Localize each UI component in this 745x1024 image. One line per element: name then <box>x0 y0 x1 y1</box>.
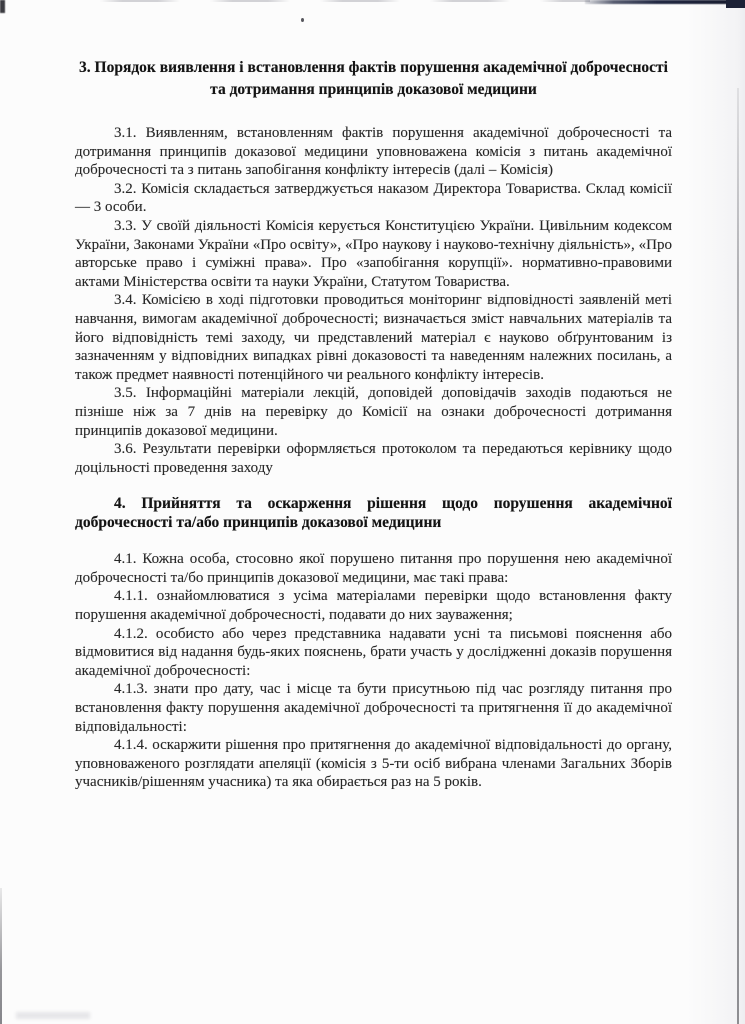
scan-top-edge-dashes <box>100 0 590 2</box>
paragraph-3-2: 3.2. Комісія складається затверджується … <box>75 180 672 217</box>
scanned-page: 3. Порядок виявлення і встановлення факт… <box>0 0 745 1024</box>
paragraph-3-5: 3.5. Інформаційні матеріали лекцій, допо… <box>75 384 672 440</box>
scan-bottom-smudge <box>16 1012 90 1019</box>
scan-stray-dot <box>301 18 304 22</box>
scan-top-edge-band <box>585 0 745 4</box>
section-3-heading: 3. Порядок виявлення і встановлення факт… <box>75 57 672 101</box>
section-4: 4. Прийняття та оскарження рішення щодо … <box>75 494 672 792</box>
paragraph-4-1: 4.1. Кожна особа, стосовно якої порушено… <box>75 550 672 587</box>
section-3: 3. Порядок виявлення і встановлення факт… <box>75 57 672 477</box>
paragraph-4-1-4: 4.1.4. оскаржити рішення про притягнення… <box>75 736 672 792</box>
paragraph-3-1: 3.1. Виявленням, встановленням фактів по… <box>75 124 672 180</box>
paragraph-4-1-2: 4.1.2. особисто або через представника н… <box>75 625 672 681</box>
scan-left-edge-line <box>0 888 2 1024</box>
scan-right-edge-line <box>737 88 739 1024</box>
paragraph-3-3: 3.3. У своїй діяльності Комісія керуєтьс… <box>75 217 672 291</box>
paragraph-3-4: 3.4. Комісією в ході підготовки проводит… <box>75 291 672 384</box>
scan-top-left-mark <box>0 0 5 13</box>
document-text-column: 3. Порядок виявлення і встановлення факт… <box>75 57 672 792</box>
paragraph-4-1-1: 4.1.1. ознайомлюватися з усіма матеріала… <box>75 587 672 624</box>
scan-top-right-corner-mark <box>726 0 745 8</box>
paragraph-3-6: 3.6. Результати перевірки оформляється п… <box>75 440 672 477</box>
section-4-heading: 4. Прийняття та оскарження рішення щодо … <box>75 494 672 532</box>
paragraph-4-1-3: 4.1.3. знати про дату, час і місце та бу… <box>75 680 672 736</box>
